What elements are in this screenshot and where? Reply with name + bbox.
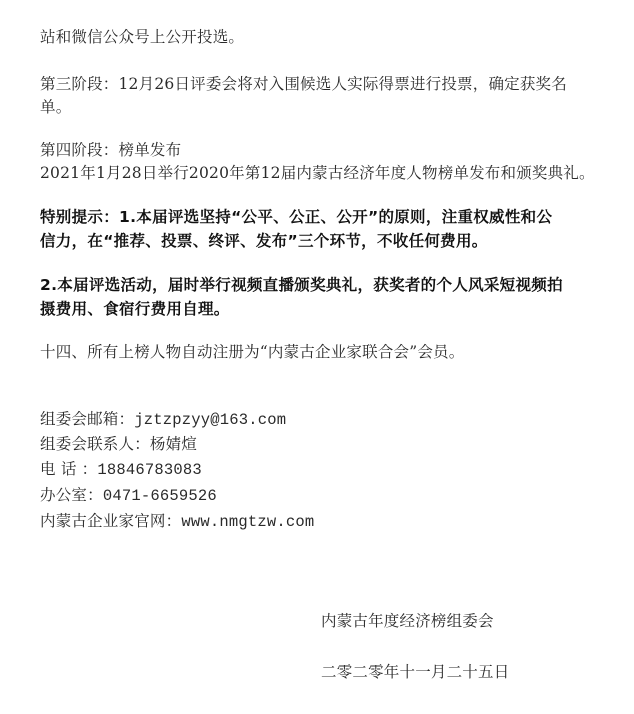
office-value: 0471-6659526 <box>103 487 217 505</box>
paragraph-intro-tail: 站和微信公众号上公开投选。 <box>40 27 244 47</box>
contact-person-value: 杨婧煊 <box>150 435 197 453</box>
contact-person-label: 组委会联系人： <box>40 435 150 453</box>
notice2-line1: 2.本届评选活动，届时举行视频直播颁奖典礼，获奖者的个人风采短视频拍 <box>40 275 563 295</box>
contact-phone: 电 话 ：18846783083 <box>40 459 202 480</box>
email-label: 组委会邮箱： <box>40 410 134 428</box>
item-fourteen: 十四、所有上榜人物自动注册为“内蒙古企业家联合会”会员。 <box>40 342 464 362</box>
signature-organization: 内蒙古年度经济榜组委会 <box>321 611 494 631</box>
paragraph-stage3-line2: 单。 <box>40 97 71 117</box>
contact-office: 办公室：0471-6659526 <box>40 485 217 506</box>
signature-date: 二零二零年十一月二十五日 <box>321 662 509 682</box>
notice1-line1: 特别提示：1.本届评选坚持“公平、公正、公开”的原则，注重权威性和公 <box>40 207 552 227</box>
contact-person: 组委会联系人：杨婧煊 <box>40 434 197 454</box>
stage4-detail: 2021年1月28日举行2020年第12届内蒙古经济年度人物榜单发布和颁奖典礼。 <box>40 163 595 183</box>
phone-label: 电 话 ： <box>40 460 97 478</box>
notice1-line2: 信力，在“推荐、投票、终评、发布”三个环节，不收任何费用。 <box>40 231 488 251</box>
contact-website: 内蒙古企业家官网：www.nmgtzw.com <box>40 511 314 532</box>
website-value: www.nmgtzw.com <box>181 513 314 531</box>
stage4-title: 第四阶段：榜单发布 <box>40 140 181 160</box>
website-label: 内蒙古企业家官网： <box>40 512 181 530</box>
contact-email: 组委会邮箱：jztzpzyy@163.com <box>40 409 286 430</box>
office-label: 办公室： <box>40 486 103 504</box>
paragraph-stage3-line1: 第三阶段：12月26日评委会将对入围候选人实际得票进行投票，确定获奖名 <box>40 74 567 94</box>
email-value: jztzpzyy@163.com <box>134 411 286 429</box>
phone-value: 18846783083 <box>97 461 202 479</box>
notice2-line2: 摄费用、食宿行费用自理。 <box>40 299 230 319</box>
